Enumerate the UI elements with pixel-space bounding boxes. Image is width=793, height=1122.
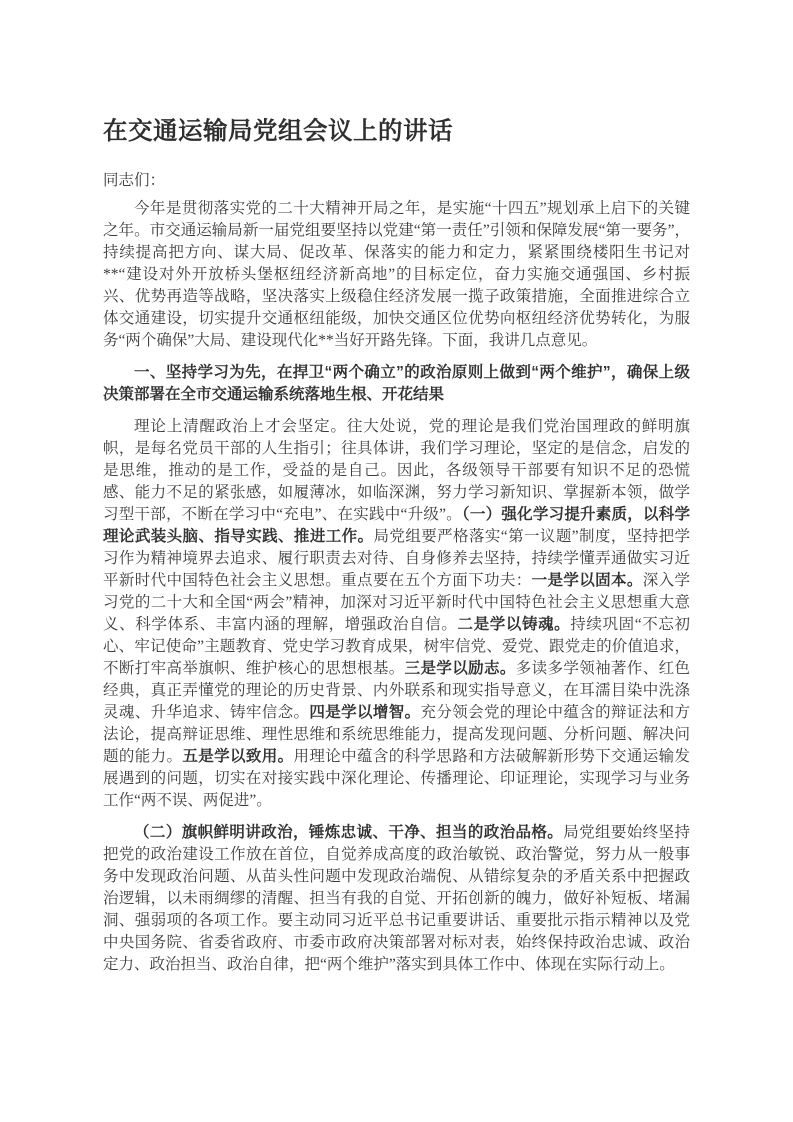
text-run: 局党组要始终坚持把党的政治建设工作放在首位，自觉养成高度的政治敏锐、政治警觉，努…	[103, 824, 690, 973]
bold-text-run: 五是学以致用。	[182, 748, 293, 765]
section-heading-1: 一、坚持学习为先，在捍卫“两个确立”的政治原则上做到“两个维护”，确保上级决策部…	[103, 362, 690, 406]
page-title: 在交通运输局党组会议上的讲话	[103, 112, 690, 152]
text-run: 今年是贯彻落实党的二十大精神开局之年，是实施“十四五”规划承上启下的关键之年。市…	[103, 200, 690, 349]
document-body: 同志们：今年是贯彻落实党的二十大精神开局之年，是实施“十四五”规划承上启下的关键…	[103, 170, 690, 976]
bold-text-run: 一是学以固本。	[532, 572, 643, 589]
text-run: 同志们：	[103, 172, 165, 189]
paragraph-study: 理论上清醒政治上才会坚定。往大处说，党的理论是我们党治国理政的鲜明旗帜，是每名党…	[103, 416, 690, 812]
bold-text-run: 二是学以铸魂。	[458, 616, 571, 633]
bold-text-run: 三是学以励志。	[405, 660, 516, 677]
paragraph-politics: （二）旗帜鲜明讲政治，锤炼忠诚、干净、担当的政治品格。局党组要始终坚持把党的政治…	[103, 822, 690, 976]
paragraph-intro: 今年是贯彻落实党的二十大精神开局之年，是实施“十四五”规划承上启下的关键之年。市…	[103, 198, 690, 352]
document-page: 在交通运输局党组会议上的讲话 同志们：今年是贯彻落实党的二十大精神开局之年，是实…	[0, 0, 793, 1122]
bold-text-run: 四是学以增智。	[309, 704, 420, 721]
bold-text-run: 一、坚持学习为先，在捍卫“两个确立”的政治原则上做到“两个维护”，确保上级决策部…	[103, 364, 690, 403]
bold-text-run: （二）旗帜鲜明讲政治，锤炼忠诚、干净、担当的政治品格。	[134, 824, 563, 841]
salutation: 同志们：	[103, 170, 690, 192]
